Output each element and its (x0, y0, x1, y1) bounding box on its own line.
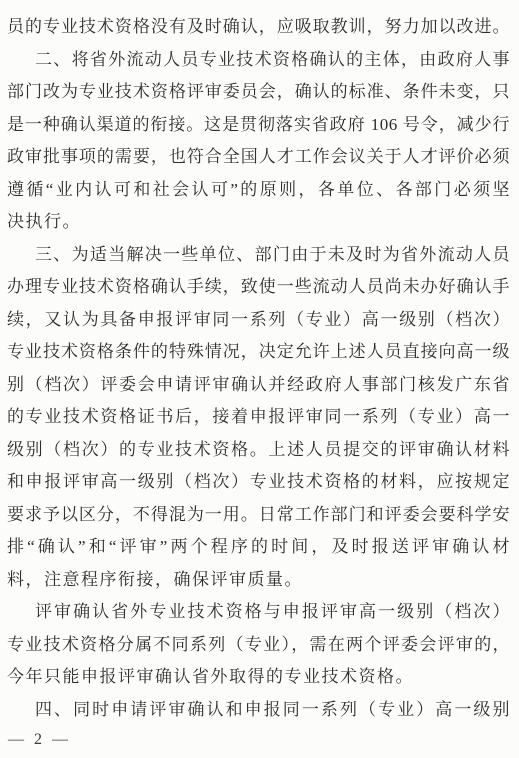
text-line: 别（档次）评委会申请评审确认并经政府人事部门核发广东省 (7, 369, 510, 402)
text-line: 级别（档次）的专业技术资格。上述人员提交的评审确认材料 (7, 434, 510, 467)
text-line: 四、同时申请评审确认和申报同一系列（专业）高一级别 (7, 694, 510, 727)
text-line: 二、将省外流动人员专业技术资格确认的主体，由政府人事 (7, 44, 510, 77)
page-number: — 2 — (8, 731, 71, 749)
text-line: 料，注意程序衔接，确保评审质量。 (7, 564, 510, 597)
text-line: 员的专业技术资格没有及时确认，应吸取教训，努力加以改进。 (7, 11, 510, 44)
text-line: 政审批事项的需要，也符合全国人才工作会议关于人才评价必须 (7, 141, 510, 174)
text-line: 今年只能申报评审确认省外取得的专业技术资格。 (7, 661, 510, 694)
text-line: 遵循“业内认可和社会认可”的原则，各单位、各部门必须坚 (7, 174, 510, 207)
document-page: 员的专业技术资格没有及时确认，应吸取教训，努力加以改进。二、将省外流动人员专业技… (0, 0, 519, 758)
text-line: 是一种确认渠道的衔接。这是贯彻落实省政府 106 号令，减少行 (7, 109, 510, 142)
text-line: 排“确认”和“评审”两个程序的时间，及时报送评审确认材 (7, 531, 510, 564)
text-line: 的专业技术资格证书后，接着申报评审同一系列（专业）高一 (7, 401, 510, 434)
text-line: 部门改为专业技术资格评审委员会，确认的标准、条件未变，只 (7, 76, 510, 109)
text-line: 决执行。 (7, 206, 510, 239)
text-line: 三、为适当解决一些单位、部门由于未及时为省外流动人员 (7, 239, 510, 272)
text-line: 专业技术资格条件的特殊情况，决定允许上述人员直接向高一级 (7, 336, 510, 369)
text-line: 评审确认省外专业技术资格与申报评审高一级别（档次） (7, 596, 510, 629)
text-line: 专业技术资格分属不同系列（专业），需在两个评委会评审的， (7, 629, 510, 662)
document-text-lines: 员的专业技术资格没有及时确认，应吸取教训，努力加以改进。二、将省外流动人员专业技… (7, 11, 510, 726)
text-line: 和申报评审高一级别（档次）专业技术资格的材料，应按规定 (7, 466, 510, 499)
text-line: 续，又认为具备申报评审同一系列（专业）高一级别（档次） (7, 304, 510, 337)
text-line: 要求予以区分，不得混为一用。日常工作部门和评委会要科学安 (7, 499, 510, 532)
text-line: 办理专业技术资格确认手续，致使一些流动人员尚未办好确认手 (7, 271, 510, 304)
